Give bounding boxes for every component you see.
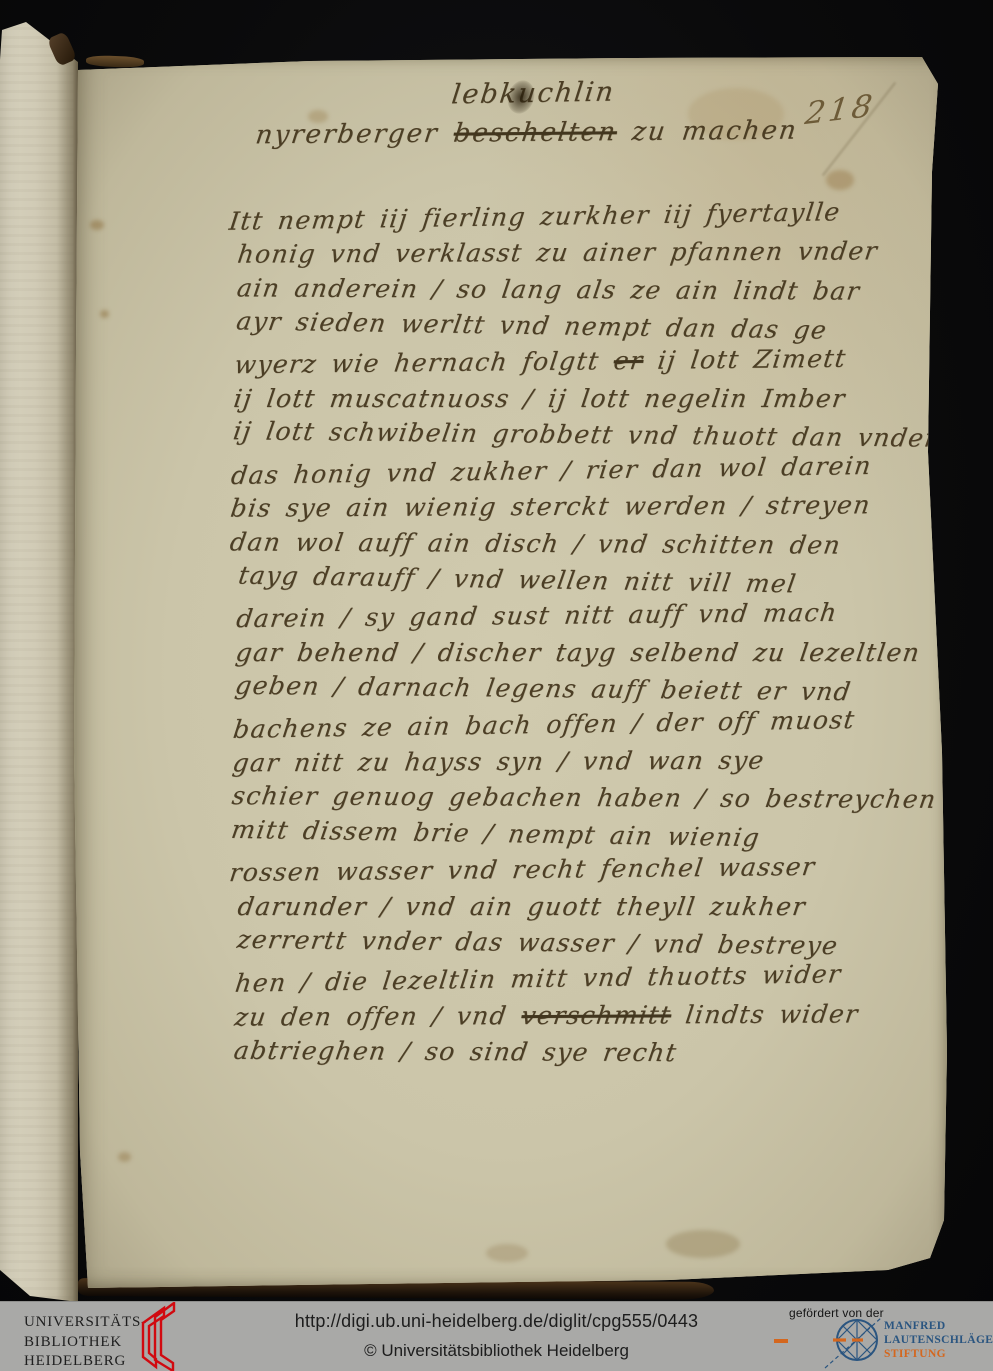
paper-stain — [100, 310, 109, 318]
struck-word: beschelten — [452, 117, 619, 148]
funder-name-line: MANFRED — [884, 1319, 993, 1333]
funder-name-line: STIFTUNG — [884, 1347, 993, 1361]
word: zu machen — [615, 116, 800, 148]
paper-stain — [90, 220, 104, 230]
lautenschlaeger-stiftung-compass-icon — [815, 1314, 881, 1371]
word: bis sye ain wienig sterckt werden / stre… — [229, 491, 873, 523]
word: schier genuog gebachen haben / so bestre… — [230, 781, 939, 814]
manuscript-line: darunder / vnd ain guott theyll zukher — [236, 892, 808, 921]
manuscript-line: tayg darauff / vnd wellen nitt vill mel — [236, 561, 798, 599]
manuscript-line: rossen wasser vnd recht fenchel wasser — [228, 852, 818, 887]
paper-stain — [486, 1244, 528, 1262]
manuscript-line: honig vnd verklasst zu ainer pfannen vnd… — [236, 237, 880, 269]
manuscript-line: abtrieghen / so sind sye recht — [232, 1036, 679, 1067]
recipe-subtitle: nyrerberger beschelten zu machen — [254, 116, 800, 151]
manuscript-line: bachens ze ain bach offen / der off muos… — [232, 705, 858, 744]
word: abtrieghen / so sind sye recht — [232, 1036, 679, 1067]
word: dan wol auff ain disch / vnd schitten de… — [228, 527, 843, 559]
word: honig vnd verklasst zu ainer pfannen vnd… — [236, 237, 880, 269]
word: ayr sieden werltt vnd nempt dan das ge — [234, 306, 829, 344]
digitized-manuscript-scan: lebkuchlin nyrerberger beschelten zu mac… — [0, 0, 993, 1371]
manuscript-line: geben / darnach legens auff beiett er vn… — [233, 671, 853, 706]
manuscript-line: ain anderein / so lang als ze ain lindt … — [235, 273, 862, 305]
manuscript-line: ayr sieden werltt vnd nempt dan das ge — [234, 306, 829, 344]
word: bachens ze ain bach offen / der off muos… — [232, 705, 858, 744]
manuscript-line: schier genuog gebachen haben / so bestre… — [230, 781, 939, 814]
manuscript-line: gar nitt zu hayss syn / vnd wan sye — [231, 745, 767, 777]
book-page-stack-edge — [0, 0, 78, 1302]
word: rossen wasser vnd recht fenchel wasser — [228, 852, 818, 887]
word: zu den offen / vnd — [233, 1001, 524, 1032]
book-cover-edge — [86, 55, 144, 68]
manuscript-line: das honig vnd zukher / rier dan wol dare… — [230, 451, 874, 490]
manuscript-line: hen / die lezeltlin mitt vnd thuotts wid… — [234, 960, 844, 998]
manuscript-line: mitt dissem brie / nempt ain wienig — [229, 815, 762, 852]
word: gar behend / discher tayg selbend zu lez… — [234, 638, 922, 667]
word: ain anderein / so lang als ze ain lindt … — [235, 273, 862, 305]
manuscript-line: dan wol auff ain disch / vnd schitten de… — [228, 527, 843, 559]
word: Itt nempt iij fierling zurkher iij fyert… — [228, 197, 843, 236]
word: ij lott muscatnuoss / ij lott negelin Im… — [232, 384, 848, 413]
paper-stain — [826, 170, 854, 190]
folio-number: 218 — [803, 88, 877, 132]
funder-name-line: LAUTENSCHLÄGER — [884, 1333, 993, 1347]
word: tayg darauff / vnd wellen nitt vill mel — [236, 561, 798, 599]
word: hen / die lezeltlin mitt vnd thuotts wid… — [234, 960, 844, 998]
footer-bar: UNIVERSITÄTS- BIBLIOTHEK HEIDELBERG http… — [0, 1301, 993, 1371]
word: das honig vnd zukher / rier dan wol dare… — [230, 451, 874, 490]
manuscript-page: lebkuchlin nyrerberger beschelten zu mac… — [70, 52, 950, 1292]
word: nyrerberger — [254, 119, 456, 151]
manuscript-line: ij lott muscatnuoss / ij lott negelin Im… — [232, 384, 848, 413]
manuscript-line: ij lott schwibelin grobbett vnd thuott d… — [231, 416, 940, 452]
manuscript-line: gar behend / discher tayg selbend zu lez… — [234, 638, 922, 667]
word: ij lott schwibelin grobbett vnd thuott d… — [231, 416, 940, 452]
paper-stain — [666, 1230, 740, 1258]
manuscript-line: zerrertt vnder das wasser / vnd bestreye — [235, 925, 840, 960]
manuscript-line: darein / sy gand sust nitt auff vnd mach — [235, 598, 840, 633]
word: darunder / vnd ain guott theyll zukher — [236, 892, 808, 921]
word: mitt dissem brie / nempt ain wienig — [229, 815, 762, 852]
word: ij lott Zimett — [642, 344, 849, 375]
paper-stain — [118, 1152, 131, 1162]
word: wyerz wie hernach folgtt — [233, 346, 616, 379]
struck-word: verschmitt — [520, 1000, 674, 1030]
funder-logo-dash — [774, 1339, 788, 1343]
manuscript-line: wyerz wie hernach folgtt er ij lott Zime… — [233, 344, 849, 379]
funder-name: MANFRED LAUTENSCHLÄGER STIFTUNG — [884, 1319, 993, 1361]
word: geben / darnach legens auff beiett er vn… — [233, 671, 853, 706]
struck-word: er — [612, 346, 645, 375]
word: lindts wider — [669, 999, 860, 1029]
manuscript-line: bis sye ain wienig sterckt werden / stre… — [229, 491, 873, 523]
manuscript-line: Itt nempt iij fierling zurkher iij fyert… — [228, 197, 843, 236]
word: gar nitt zu hayss syn / vnd wan sye — [231, 745, 767, 777]
word: zerrertt vnder das wasser / vnd bestreye — [235, 925, 840, 960]
word: darein / sy gand sust nitt auff vnd mach — [235, 598, 840, 633]
manuscript-line: zu den offen / vnd verschmitt lindts wid… — [233, 999, 861, 1031]
